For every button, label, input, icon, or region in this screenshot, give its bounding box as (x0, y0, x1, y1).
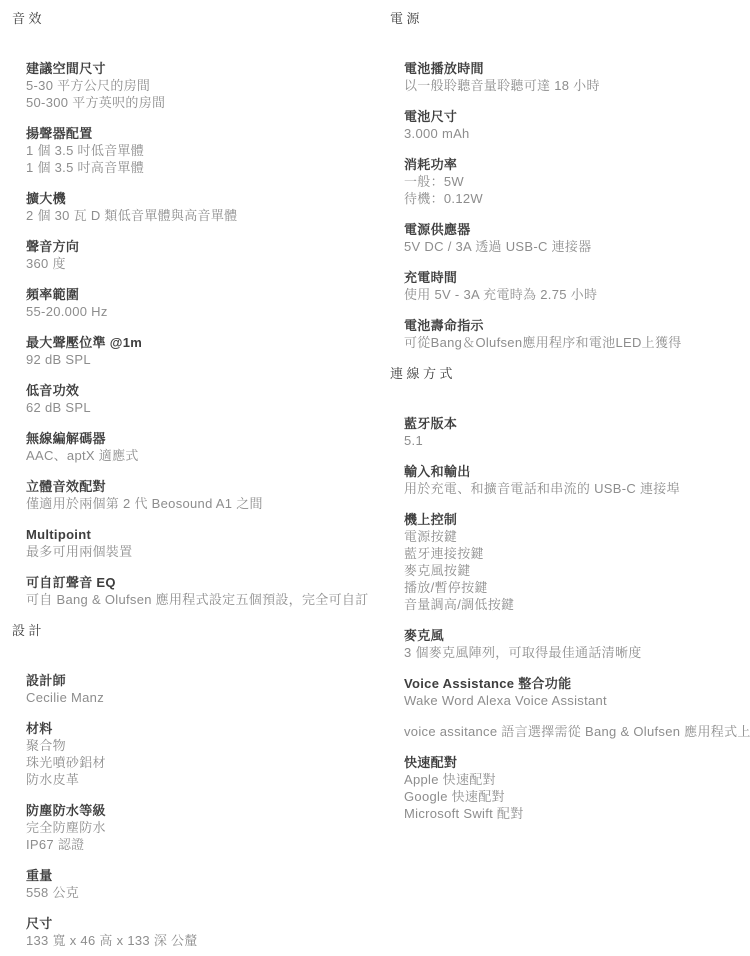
spec-value-line: Cecilie Manz (26, 689, 347, 706)
section-body: 電池播放時間以一般聆聽音量聆聽可達 18 小時電池尺寸3.000 mAh消耗功率… (390, 60, 742, 351)
spec-label: 防塵防水等級 (26, 802, 347, 819)
spec-value-line: 55-20.000 Hz (26, 303, 347, 320)
spec-section: 電源電池播放時間以一般聆聽音量聆聽可達 18 小時電池尺寸3.000 mAh消耗… (390, 10, 742, 351)
spec-value-line: 133 寬 x 46 高 x 133 深 公釐 (26, 932, 347, 949)
spec-value-line: 62 dB SPL (26, 399, 347, 416)
spec-block: 聲音方向360 度 (26, 238, 347, 272)
spec-label: 尺寸 (26, 915, 347, 932)
spec-label: 機上控制 (404, 511, 742, 528)
section-body: 藍牙版本5.1輸入和輸出用於充電、和擴音電話和串流的 USB-C 連接埠機上控制… (390, 415, 742, 822)
spec-block: 無線編解碼器AAC、aptX 適應式 (26, 430, 347, 464)
spec-block: 電池壽命指示可從Bang＆Olufsen應用程序和電池LED上獲得 (404, 317, 742, 351)
spec-block: Voice Assistance 整合功能Wake Word Alexa Voi… (404, 675, 742, 709)
spec-value-line: 5.1 (404, 432, 742, 449)
spec-value-line: 完全防塵防水 (26, 819, 347, 836)
spec-label: 電源供應器 (404, 221, 742, 238)
spec-label: 最大聲壓位準 @1m (26, 334, 347, 351)
spec-block: 立體音效配對僅適用於兩個第 2 代 Beosound A1 之間 (26, 478, 347, 512)
spec-block: 快速配對Apple 快速配對Google 快速配對Microsoft Swift… (404, 754, 742, 822)
spec-section: 設計設計師Cecilie Manz材料聚合物珠光噴砂鋁材防水皮革防塵防水等級完全… (12, 622, 347, 949)
spec-label: 立體音效配對 (26, 478, 347, 495)
spec-value-line: 音量調高/調低按鍵 (404, 596, 742, 613)
spec-label: 無線編解碼器 (26, 430, 347, 447)
spec-block: 設計師Cecilie Manz (26, 672, 347, 706)
spec-block: 電源供應器5V DC / 3A 透過 USB-C 連接器 (404, 221, 742, 255)
spec-value-line: Microsoft Swift 配對 (404, 805, 742, 822)
spec-value-line: 電源按鍵 (404, 528, 742, 545)
spec-value-line: 可自 Bang & Olufsen 應用程式設定五個預設，完全可自訂 (26, 591, 347, 608)
spec-value-line: 可從Bang＆Olufsen應用程序和電池LED上獲得 (404, 334, 742, 351)
spec-value-line: 1 個 3.5 吋高音單體 (26, 159, 347, 176)
spec-value-line: 5-30 平方公尺的房間 (26, 77, 347, 94)
spec-block: 麥克風3 個麥克風陣列，可取得最佳通話清晰度 (404, 627, 742, 661)
spec-value-line: 3 個麥克風陣列，可取得最佳通話清晰度 (404, 644, 742, 661)
spec-value-line: 3.000 mAh (404, 125, 742, 142)
spec-block: 揚聲器配置1 個 3.5 吋低音單體1 個 3.5 吋高音單體 (26, 125, 347, 176)
spec-label: Multipoint (26, 526, 347, 543)
spec-label: 充電時間 (404, 269, 742, 286)
spec-value-line: 2 個 30 瓦 D 類低音單體與高音單體 (26, 207, 347, 224)
spec-block: 尺寸133 寬 x 46 高 x 133 深 公釐 (26, 915, 347, 949)
spec-block: 擴大機2 個 30 瓦 D 類低音單體與高音單體 (26, 190, 347, 224)
spec-label: 材料 (26, 720, 347, 737)
spec-value-line: 珠光噴砂鋁材 (26, 754, 347, 771)
spec-value-line: 使用 5V - 3A 充電時為 2.75 小時 (404, 286, 742, 303)
spec-block: 最大聲壓位準 @1m92 dB SPL (26, 334, 347, 368)
spec-section: 音效建議空間尺寸5-30 平方公尺的房間50-300 平方英呎的房間揚聲器配置1… (12, 10, 347, 608)
spec-column-right: 電源電池播放時間以一般聆聽音量聆聽可達 18 小時電池尺寸3.000 mAh消耗… (375, 10, 750, 956)
spec-value-line: 防水皮革 (26, 771, 347, 788)
spec-block: 低音功效62 dB SPL (26, 382, 347, 416)
spec-value-line: 50-300 平方英呎的房間 (26, 94, 347, 111)
spec-value-line: voice assitance 語言選擇需從 Bang & Olufsen 應用… (404, 723, 742, 740)
spec-value-line: 360 度 (26, 255, 347, 272)
spec-block: 防塵防水等級完全防塵防水IP67 認證 (26, 802, 347, 853)
spec-value-line: Google 快速配對 (404, 788, 742, 805)
spec-block: 電池播放時間以一般聆聽音量聆聽可達 18 小時 (404, 60, 742, 94)
spec-label: 快速配對 (404, 754, 742, 771)
section-body: 建議空間尺寸5-30 平方公尺的房間50-300 平方英呎的房間揚聲器配置1 個… (12, 60, 347, 608)
spec-label: 電池尺寸 (404, 108, 742, 125)
spec-value-line: 待機：0.12W (404, 190, 742, 207)
spec-label: 輸入和輸出 (404, 463, 742, 480)
spec-value-line: AAC、aptX 適應式 (26, 447, 347, 464)
spec-value-line: 最多可用兩個裝置 (26, 543, 347, 560)
spec-block: 充電時間使用 5V - 3A 充電時為 2.75 小時 (404, 269, 742, 303)
spec-label: 藍牙版本 (404, 415, 742, 432)
spec-value-line: 1 個 3.5 吋低音單體 (26, 142, 347, 159)
spec-value-line: 僅適用於兩個第 2 代 Beosound A1 之間 (26, 495, 347, 512)
section-title: 音效 (12, 10, 347, 27)
spec-block: 消耗功率一般：5W待機：0.12W (404, 156, 742, 207)
spec-label: 消耗功率 (404, 156, 742, 173)
spec-section: 連線方式藍牙版本5.1輸入和輸出用於充電、和擴音電話和串流的 USB-C 連接埠… (390, 365, 742, 822)
spec-value-line: 558 公克 (26, 884, 347, 901)
spec-block: Multipoint最多可用兩個裝置 (26, 526, 347, 560)
spec-block: 重量558 公克 (26, 867, 347, 901)
section-body: 設計師Cecilie Manz材料聚合物珠光噴砂鋁材防水皮革防塵防水等級完全防塵… (12, 672, 347, 949)
spec-block: 輸入和輸出用於充電、和擴音電話和串流的 USB-C 連接埠 (404, 463, 742, 497)
spec-value-line: 92 dB SPL (26, 351, 347, 368)
spec-block: 可自訂聲音 EQ可自 Bang & Olufsen 應用程式設定五個預設，完全可… (26, 574, 347, 608)
spec-value-line: Apple 快速配對 (404, 771, 742, 788)
spec-label: 頻率範圍 (26, 286, 347, 303)
spec-value-line: 一般：5W (404, 173, 742, 190)
spec-block: 建議空間尺寸5-30 平方公尺的房間50-300 平方英呎的房間 (26, 60, 347, 111)
spec-label: 電池播放時間 (404, 60, 742, 77)
spec-column-left: 音效建議空間尺寸5-30 平方公尺的房間50-300 平方英呎的房間揚聲器配置1… (0, 10, 375, 956)
spec-block: 材料聚合物珠光噴砂鋁材防水皮革 (26, 720, 347, 788)
product-spec-sheet: 音效建議空間尺寸5-30 平方公尺的房間50-300 平方英呎的房間揚聲器配置1… (0, 0, 750, 956)
spec-value-line: 以一般聆聽音量聆聽可達 18 小時 (404, 77, 742, 94)
spec-label: 低音功效 (26, 382, 347, 399)
spec-label: 建議空間尺寸 (26, 60, 347, 77)
spec-value-line: IP67 認證 (26, 836, 347, 853)
spec-block: voice assitance 語言選擇需從 Bang & Olufsen 應用… (404, 723, 742, 740)
spec-label: 麥克風 (404, 627, 742, 644)
spec-label: 擴大機 (26, 190, 347, 207)
spec-block: 電池尺寸3.000 mAh (404, 108, 742, 142)
spec-value-line: Wake Word Alexa Voice Assistant (404, 692, 742, 709)
spec-value-line: 聚合物 (26, 737, 347, 754)
spec-value-line: 用於充電、和擴音電話和串流的 USB-C 連接埠 (404, 480, 742, 497)
section-title: 電源 (390, 10, 742, 27)
spec-block: 頻率範圍55-20.000 Hz (26, 286, 347, 320)
spec-label: Voice Assistance 整合功能 (404, 675, 742, 692)
spec-value-line: 藍牙連接按鍵 (404, 545, 742, 562)
spec-value-line: 麥克風按鍵 (404, 562, 742, 579)
section-title: 連線方式 (390, 365, 742, 382)
spec-label: 電池壽命指示 (404, 317, 742, 334)
spec-block: 藍牙版本5.1 (404, 415, 742, 449)
spec-label: 聲音方向 (26, 238, 347, 255)
spec-value-line: 播放/暫停按鍵 (404, 579, 742, 596)
spec-value-line: 5V DC / 3A 透過 USB-C 連接器 (404, 238, 742, 255)
section-title: 設計 (12, 622, 347, 639)
spec-label: 揚聲器配置 (26, 125, 347, 142)
spec-label: 可自訂聲音 EQ (26, 574, 347, 591)
spec-label: 重量 (26, 867, 347, 884)
spec-block: 機上控制電源按鍵藍牙連接按鍵麥克風按鍵播放/暫停按鍵音量調高/調低按鍵 (404, 511, 742, 613)
spec-label: 設計師 (26, 672, 347, 689)
